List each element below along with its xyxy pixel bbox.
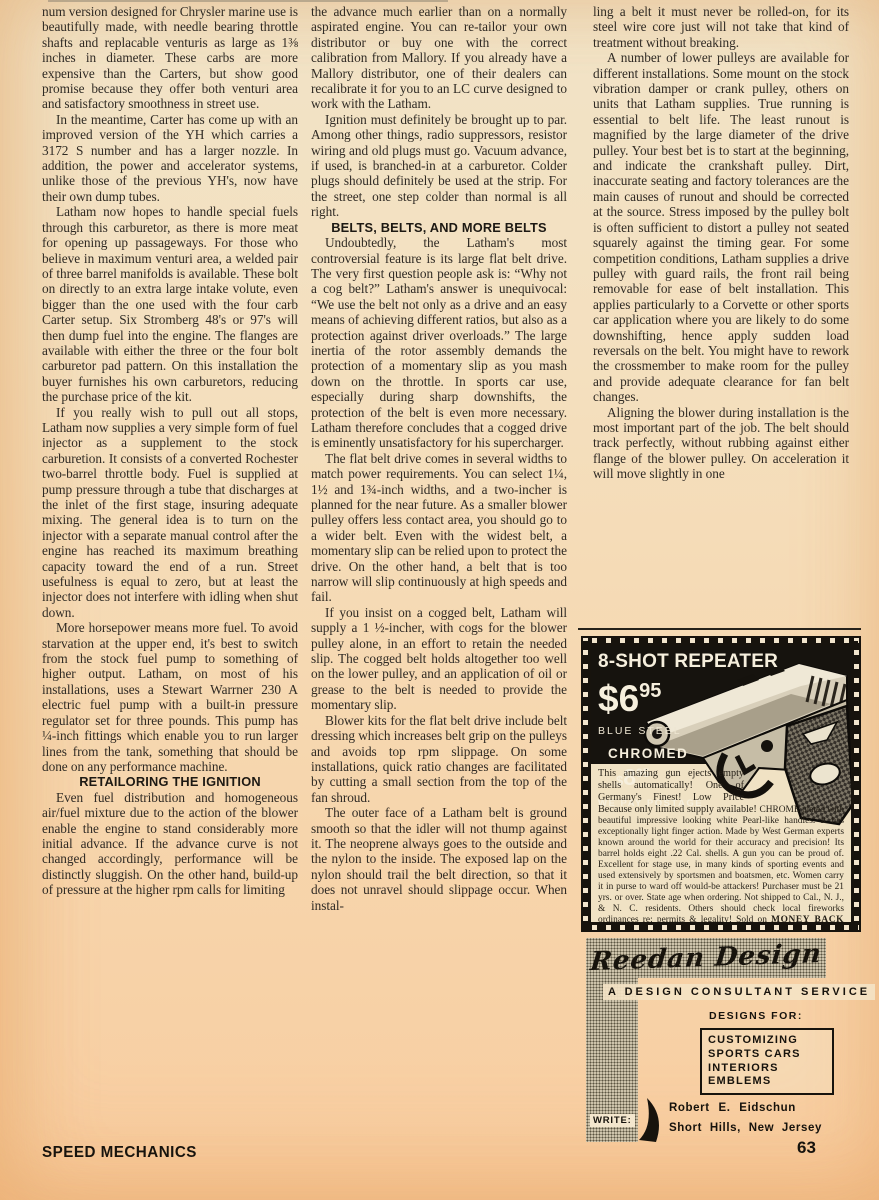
service-item: CUSTOMIZING [708, 1034, 826, 1048]
chromed-label: CHROMED [608, 746, 728, 761]
page-number: 63 [797, 1138, 816, 1158]
paragraph: A number of lower pulleys are available … [593, 50, 849, 404]
service-item: INTERIORS [708, 1062, 826, 1076]
article-column-2: the advance much earlier than on a norma… [311, 4, 567, 913]
gun-ad: 8-SHOT REPEATER $695 BLUE STEEL CHROMED … [581, 636, 861, 932]
magazine-title-footer: SPEED MECHANICS [42, 1144, 197, 1162]
article-column-3: ling a belt it must never be rolled-on, … [593, 4, 849, 482]
paragraph: In the meantime, Carter has come up with… [42, 112, 298, 204]
service-item: SPORTS CARS [708, 1048, 826, 1062]
paragraph: Undoubtedly, the Latham's most controver… [311, 235, 567, 451]
paragraph: The flat belt drive comes in several wid… [311, 451, 567, 605]
ad-divider-rule [578, 628, 861, 630]
paragraph: the advance much earlier than on a norma… [311, 4, 567, 112]
gun-ad-headline: 8-SHOT REPEATER [598, 651, 728, 673]
filmstrip-border-right [854, 638, 859, 930]
paragraph: Even fuel distribution and homogeneous a… [42, 790, 298, 898]
paragraph: Blower kits for the flat belt drive incl… [311, 713, 567, 805]
magazine-page: num version designed for Chrysler marine… [0, 0, 879, 1200]
reedan-design-ad: Reedan Design A DESIGN CONSULTANT SERVIC… [581, 938, 861, 1142]
article-column-1: num version designed for Chrysler marine… [42, 4, 298, 898]
write-label: WRITE: [590, 1114, 635, 1127]
paragraph: Ignition must definitely be brought up t… [311, 112, 567, 220]
section-heading: RETAILORING THE IGNITION [42, 774, 298, 789]
reedan-title: Reedan Design [584, 934, 828, 983]
gun-ad-intro: This amazing gun ejects empty shells aut… [598, 768, 759, 815]
arrow-icon [637, 1096, 661, 1142]
blue-steel-label: BLUE STEEL [598, 725, 728, 737]
gun-grip-wrap-spacer [744, 768, 844, 801]
section-heading: BELTS, BELTS, AND MORE BELTS [311, 220, 567, 235]
designs-for-label: DESIGNS FOR: [709, 1010, 803, 1022]
paragraph: If you insist on a cogged belt, Latham w… [311, 605, 567, 713]
gun-ad-body-1: CHROME plated with beautiful impressive … [598, 805, 844, 922]
reedan-subtitle: A DESIGN CONSULTANT SERVICE [603, 984, 875, 1000]
services-box: CUSTOMIZINGSPORTS CARSINTERIORSEMBLEMS [700, 1028, 834, 1095]
service-item: EMBLEMS [708, 1075, 826, 1089]
paragraph: ling a belt it must never be rolled-on, … [593, 4, 849, 50]
filmstrip-border-left [583, 638, 588, 930]
filmstrip-border-bottom [583, 925, 859, 930]
contact-name: Robert E. Eidschun [669, 1102, 796, 1114]
gun-ad-inner: 8-SHOT REPEATER $695 BLUE STEEL CHROMED … [591, 646, 851, 922]
price-dollars: $6 [598, 678, 639, 719]
halftone-title-band: Reedan Design [586, 938, 826, 978]
paragraph: Latham now hopes to handle special fuels… [42, 204, 298, 404]
filmstrip-border-top [583, 638, 859, 643]
paragraph: The outer face of a Latham belt is groun… [311, 805, 567, 913]
paragraph: If you really wish to pull out all stops… [42, 405, 298, 621]
paragraph: num version designed for Chrysler marine… [42, 4, 298, 112]
scan-edge-artifact [48, 0, 448, 2]
price-cents: 95 [639, 680, 661, 702]
gun-ad-price: $695 [598, 674, 728, 724]
contact-location: Short Hills, New Jersey [669, 1122, 822, 1134]
gun-ad-body-text: This amazing gun ejects empty shells aut… [598, 768, 844, 920]
paragraph: Aligning the blower during installation … [593, 405, 849, 482]
paragraph: More horsepower means more fuel. To avoi… [42, 620, 298, 774]
